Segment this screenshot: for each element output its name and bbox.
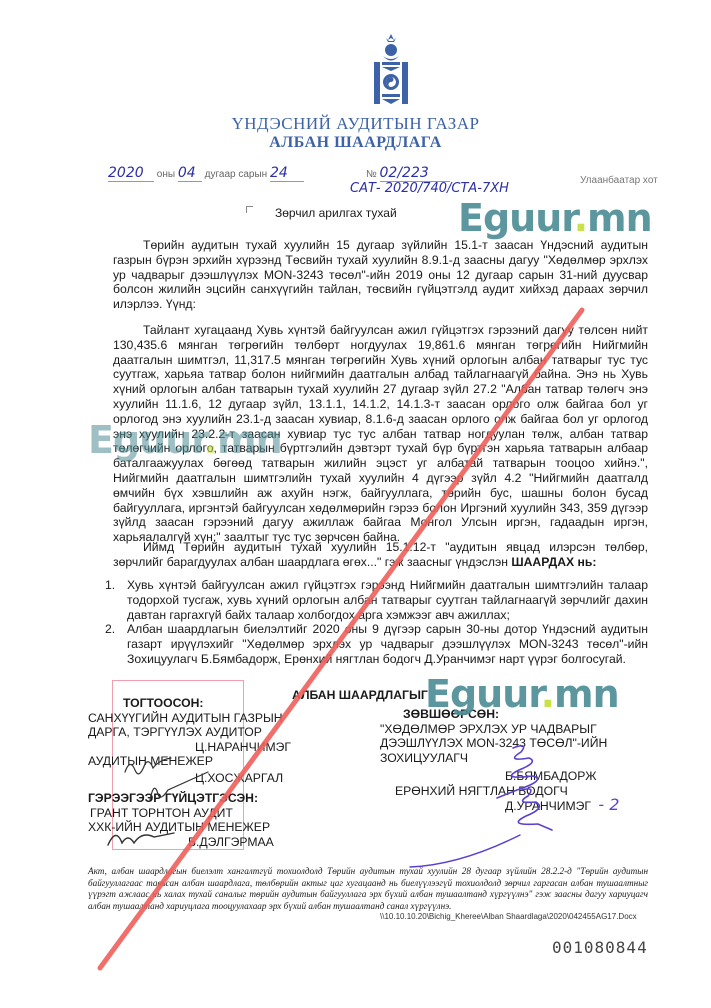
watermark-dot: . [204,418,217,462]
watermark-text: Eguur [88,418,204,462]
watermark-logo: Eguur.mn [425,672,619,716]
file-path: \\10.10.10.20\Bichig_Kheree\Alban Shaard… [380,912,637,921]
watermark-tld: mn [554,672,619,716]
watermark-dot: . [574,196,587,240]
watermark-logo: Eguur.mn [458,196,652,240]
footnote: Акт, албан шаардлагын биелэлт хангалтгүй… [88,866,648,912]
signature-scribbles [0,0,711,1008]
watermark-dot: . [541,672,554,716]
watermark-tld: mn [587,196,652,240]
watermark-tld: mn [217,418,282,462]
watermark-text: Eguur [425,672,541,716]
watermark-text: Eguur [458,196,574,240]
watermark-logo: Eguur.mn [88,418,282,462]
serial-number: 001080844 [552,938,648,957]
